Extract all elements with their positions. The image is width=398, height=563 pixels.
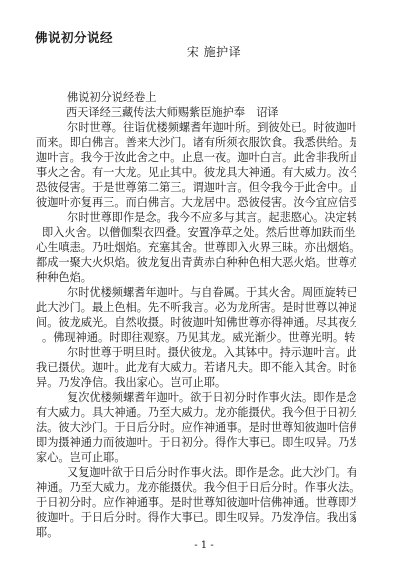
- text-line: 心生嗔恚。乃吐烟焰。充塞其舍。世尊即入火界三昧。亦出烟焰。周匝其舍。: [36, 240, 356, 255]
- text-line: 我已摄伏。迦叶。此龙有大威力。若诸凡夫。即不能入其舍。时彼迦叶即生叹: [36, 360, 356, 375]
- text-line: 神通。乃至大威力。龙亦能摄伏。我今但于日后分时。作事火法。彼大沙门。: [36, 480, 356, 495]
- text-line: 家心。岂可止耶。: [36, 450, 356, 465]
- text-line: 而来。即白佛言。善来大沙门。诸有所须衣服饮食。我悉供给。是时世尊即谓: [36, 135, 356, 150]
- text-line: 事火之舍。有一大龙。见止其中。彼龙具大神通。有大威力。汝今若止其中。: [36, 165, 356, 180]
- text-line: 彼迦叶。于日后分时。得作大事已。即生叹异。乃发净信。我出家心。岂可止: [36, 510, 356, 525]
- page-number: - 1 -: [0, 540, 398, 551]
- text-line: 法。彼大沙门。于日后分时。应作神通事。是时世尊知彼迦叶信佛神通。世尊: [36, 420, 356, 435]
- text-line: 异。乃发净信。我出家心。岂可止耶。: [36, 375, 356, 390]
- text-line: 迦叶言。我今于汝此舍之中。止息一夜。迦叶白言。此舍非我所止之处。是我: [36, 150, 356, 165]
- translator-attribution: 西天译经三藏传法大师赐紫臣施护奉 诏译: [36, 105, 356, 120]
- translator-credit: 宋 施护译: [0, 43, 398, 60]
- text-line: 间。彼龙威光。自然收摄。时彼迦叶知佛世尊亦得神通。尽其夜分。随其所应: [36, 315, 356, 330]
- text-line: 彼迦叶亦复再三。而白佛言。大龙居中。恐彼侵害。汝今宜应信受我语。: [36, 195, 356, 210]
- scroll-heading: 佛说初分说经卷上: [36, 90, 356, 105]
- text-line: 即入火舍。以僧伽梨衣四叠。安置净草之处。然后世尊加趺而坐。是时彼龙: [36, 225, 356, 240]
- text-line: 尔时世尊。往诣优楼频螺耆年迦叶所。到彼处已。时彼迦叶见佛世尊自远: [36, 120, 356, 135]
- text-line: 此大沙门。最上色相。先不听我言。必为龙所害。是时世尊以神通力。于须臾: [36, 300, 356, 315]
- text-line: 即为摄神通力而彼迦叶。于日初分。得作大事已。即生叹异。乃发净信。我出: [36, 435, 356, 450]
- text-line: 种种色焰。: [36, 270, 356, 285]
- text-line: 尔时世尊即作是念。我今不应多与其言。起悲愍心。决定转故。作是念已: [36, 210, 356, 225]
- text-line: 复次优楼频螺耆年迦叶。欲于日初分时作事火法。即作是念。此大沙门。: [36, 390, 356, 405]
- text-line: 又复迦叶欲于日后分时作事火法。即作是念。此大沙门。有大威力。具大: [36, 465, 356, 480]
- text-line: 。佛现神通。时即往观察。乃见其龙。威光渐少。世尊光明。转复炽盛。: [36, 330, 356, 345]
- text-line: 尔时优楼频螺耆年迦叶。与自眷属。于其火舍。周匝旋转已。作如是言。: [36, 285, 356, 300]
- text-line: 耶。: [36, 525, 356, 540]
- text-line: 都成一聚大火炽焰。彼龙复出青黄赤白种种色相大恶火焰。世尊亦出青黄赤白: [36, 255, 356, 270]
- text-line: 有大威力。具大神通。乃至大威力。龙亦能摄伏。我今但于日初分时。作事火: [36, 405, 356, 420]
- text-line: 尔时世尊于明旦时。摄伏彼龙。入其钵中。持示迦叶言。此是火舍中龙。: [36, 345, 356, 360]
- text-line: 于日初分时。应作神通事。是时世尊知彼迦叶信佛神通。世尊即为摄神通力而: [36, 495, 356, 510]
- text-line: 恐彼侵害。于是世尊第二第三。谓迦叶言。但令我今于此舍中。止息一夜。时: [36, 180, 356, 195]
- document-body: 佛说初分说经卷上 西天译经三藏传法大师赐紫臣施护奉 诏译 尔时世尊。往诣优楼频螺…: [36, 90, 356, 540]
